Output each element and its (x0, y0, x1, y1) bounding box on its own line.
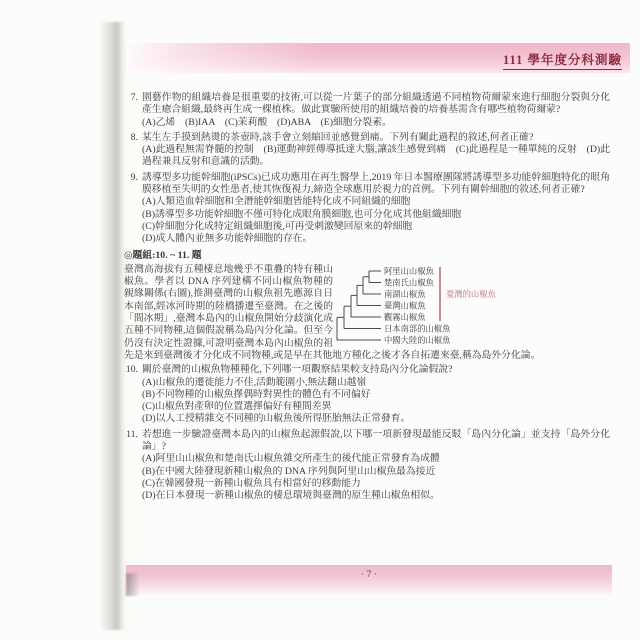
page-number: · 7 · (361, 570, 377, 580)
tree-branches (337, 271, 381, 340)
question-10: 10. 關於臺灣的山椒魚物種種化,下列哪一項觀察結果較支持島內分化論假說? (A… (124, 364, 610, 425)
question-group-passage-block: 阿里山山椒魚 楚南氏山椒魚 南湖山椒魚 臺灣山椒魚 觀霧山椒魚 日本南部的山椒魚… (124, 264, 610, 362)
question-10-stem: 關於臺灣的山椒魚物種種化,下列哪一項觀察結果較支持島內分化論假說? (142, 364, 453, 375)
question-9-option-a: (A)人類造血幹細胞和全潛能幹細胞皆能特化成不同組織的細胞 (142, 196, 610, 208)
question-10-option-d: (D)以人工授精雜交不同種的山椒魚後所得胚胎無法正常發育。 (142, 413, 610, 425)
question-10-option-c: (C)山椒魚對產卵的位置選擇偏好有種間差異 (142, 401, 610, 413)
question-8-options: (A)此過程無需脊髓的控制 (B)運動神經傳導抵達大腦,讓該生感覺到痛 (C)此… (142, 144, 610, 169)
header-band: 111 學年度分科測驗 (126, 43, 630, 73)
phylogenetic-tree-svg: 阿里山山椒魚 楚南氏山椒魚 南湖山椒魚 臺灣山椒魚 觀霧山椒魚 日本南部的山椒魚… (333, 264, 610, 350)
question-11-number: 11. (124, 429, 138, 503)
question-11-option-c: (C)在韓國發現一新種山椒魚具有相當好的移動能力 (142, 478, 610, 490)
header-title: 111 學年度分科測驗 (503, 54, 622, 70)
question-9-option-d: (D)成人體內並無多功能幹細胞的存在。 (142, 233, 610, 245)
page-scan: 111 學年度分科測驗 7. 園藝作物的組織培養是很重要的技術,可以從一片葉子的… (0, 0, 640, 640)
question-group-header: ◎題組:10. ~ 11. 題 (124, 250, 610, 262)
taiwan-clade-bracket-label: 臺灣的山椒魚 (446, 289, 496, 299)
question-10-number: 10. (124, 364, 138, 425)
question-8-stem: 某生左手摸到熱燙的茶壺時,該手會立刻縮回並感覺到痛。下列有關此過程的敘述,何者正… (142, 132, 533, 143)
question-9-option-c: (C)幹細胞分化成特定組織細胞後,可再受刺激變回原來的幹細胞 (142, 221, 610, 233)
question-9-number: 9. (124, 172, 138, 246)
footer-band: · 7 · (126, 565, 612, 596)
question-11-option-a: (A)阿里山山椒魚和楚南氏山椒魚雜交所產生的後代能正常發育為成體 (142, 453, 610, 465)
tree-taxon-label: 觀霧山椒魚 (384, 312, 426, 322)
question-11-option-d: (D)在日本發現一新種山椒魚的棲息環境與臺灣的原生種山椒魚相似。 (142, 490, 610, 502)
question-10-option-b: (B)不同物種的山椒魚擇偶時對異性的體色有不同偏好 (142, 389, 610, 401)
tree-taxon-label: 楚南氏山椒魚 (384, 277, 434, 287)
tree-taxon-label: 南湖山椒魚 (384, 289, 426, 299)
question-9-option-b: (B)誘導型多功能幹細胞不僅可特化成眼角膜細胞,也可分化成其他組織細胞 (142, 209, 610, 221)
question-9: 9. 誘導型多功能幹細胞(iPSCs)已成功應用在再生醫學上,2019 年日本醫… (124, 172, 610, 246)
question-11-stem: 若想進一步驗證臺灣本島內的山椒魚起源假說,以下哪一項新發現最能反駁「島內分化論」… (142, 429, 610, 452)
question-7-options: (A)乙烯 (B)IAA (C)茉莉酸 (D)ABA (E)細胞分裂素。 (142, 117, 610, 129)
question-8-number: 8. (124, 132, 138, 169)
question-9-stem: 誘導型多功能幹細胞(iPSCs)已成功應用在再生醫學上,2019 年日本醫療團隊… (142, 172, 610, 195)
question-11-option-b: (B)在中國大陸發現新種山椒魚的 DNA 序列與阿里山山椒魚最為接近 (142, 466, 610, 478)
tree-taxon-label: 中國大陸的山椒魚 (384, 335, 451, 345)
question-7: 7. 園藝作物的組織培養是很重要的技術,可以從一片葉子的部分組織透過不同植物荷爾… (124, 92, 610, 129)
question-7-number: 7. (124, 92, 138, 129)
question-11: 11. 若想進一步驗證臺灣本島內的山椒魚起源假說,以下哪一項新發現最能反駁「島內… (124, 429, 610, 503)
footer-left-shadow (126, 573, 140, 596)
question-7-stem: 園藝作物的組織培養是很重要的技術,可以從一片葉子的部分組織透過不同植物荷爾蒙來進… (142, 92, 610, 115)
question-8: 8. 某生左手摸到熱燙的茶壺時,該手會立刻縮回並感覺到痛。下列有關此過程的敘述,… (124, 132, 610, 169)
question-10-option-a: (A)山椒魚的遷徙能力不佳,活動範圍小,無法翻山越嶺 (142, 377, 610, 389)
page-content: 7. 園藝作物的組織培養是很重要的技術,可以從一片葉子的部分組織透過不同植物荷爾… (124, 92, 610, 506)
tree-taxon-label: 日本南部的山椒魚 (384, 323, 451, 333)
tree-taxon-label: 臺灣山椒魚 (384, 300, 426, 310)
phylogenetic-tree-figure: 阿里山山椒魚 楚南氏山椒魚 南湖山椒魚 臺灣山椒魚 觀霧山椒魚 日本南部的山椒魚… (333, 264, 610, 350)
tree-taxon-label: 阿里山山椒魚 (384, 266, 434, 276)
